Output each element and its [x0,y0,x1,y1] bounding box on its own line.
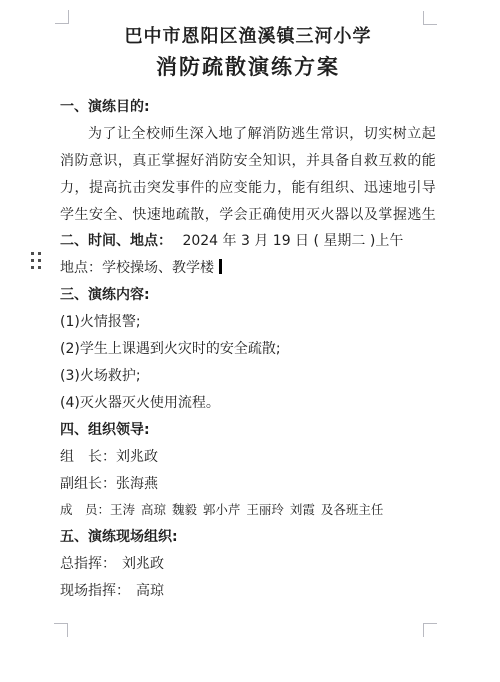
scene-commander-name: 高琼 [136,583,164,599]
section-heading-content: 三、演练内容: [60,282,436,309]
time-value: 2024 年 3 月 19 日 ( 星期二 )上午 [182,233,403,249]
section-heading-purpose: 一、演练目的: [60,94,436,121]
chief-commander-name: 刘兆政 [122,556,164,572]
section-heading-leadership: 四、组织领导: [60,417,436,444]
section-heading-scene: 五、演练现场组织: [60,524,436,551]
content-item-1: (1)火情报警; [60,309,436,336]
time-place-line: 二、时间、地点： 2024 年 3 月 19 日 ( 星期二 )上午 [60,228,436,255]
content-item-4: (4)灭火器灭火使用流程。 [60,390,436,417]
scene-commander-row: 现场指挥：高琼 [60,578,436,605]
deputy-leader-label: 副组长： [60,476,116,492]
deputy-leader-name: 张海燕 [116,476,158,492]
leader-label: 组 长： [60,449,116,465]
crop-mark-bottom-right-icon [423,623,437,637]
members-label: 成 员： [60,502,110,517]
document-page: 巴中市恩阳区渔溪镇三河小学 消防疏散演练方案 一、演练目的: 为了让全校师生深入… [0,0,500,682]
purpose-paragraph: 为了让全校师生深入地了解消防逃生常识，切实树立起消防意识，真正掌握好消防安全知识… [60,121,436,229]
section-heading-time-place: 二、时间、地点： [60,233,172,249]
chief-commander-label: 总指挥： [60,556,116,572]
paragraph-drag-handle-icon[interactable] [31,252,41,269]
content-item-3: (3)火场救护; [60,363,436,390]
chief-commander-row: 总指挥：刘兆政 [60,551,436,578]
leader-row: 组 长：刘兆政 [60,444,436,471]
members-row: 成 员：王涛 高琼 魏毅 郭小芹 王丽玲 刘霞 及各班主任 [60,497,436,524]
members-names: 王涛 高琼 魏毅 郭小芹 王丽玲 刘霞 及各班主任 [110,502,383,517]
leader-name: 刘兆政 [116,449,158,465]
deputy-leader-row: 副组长：张海燕 [60,471,436,498]
title-line-2: 消防疏散演练方案 [60,52,436,82]
place-text: 地点：学校操场、教学楼 [60,260,214,276]
crop-mark-bottom-left-icon [54,623,68,637]
text-cursor [219,259,222,274]
title-line-1: 巴中市恩阳区渔溪镇三河小学 [60,22,436,52]
document-body: 一、演练目的: 为了让全校师生深入地了解消防逃生常识，切实树立起消防意识，真正掌… [60,94,436,605]
scene-commander-label: 现场指挥： [60,583,130,599]
place-line: 地点：学校操场、教学楼 [60,255,436,282]
document-title: 巴中市恩阳区渔溪镇三河小学 消防疏散演练方案 [60,22,436,82]
content-item-2: (2)学生上课遇到火灾时的安全疏散; [60,336,436,363]
